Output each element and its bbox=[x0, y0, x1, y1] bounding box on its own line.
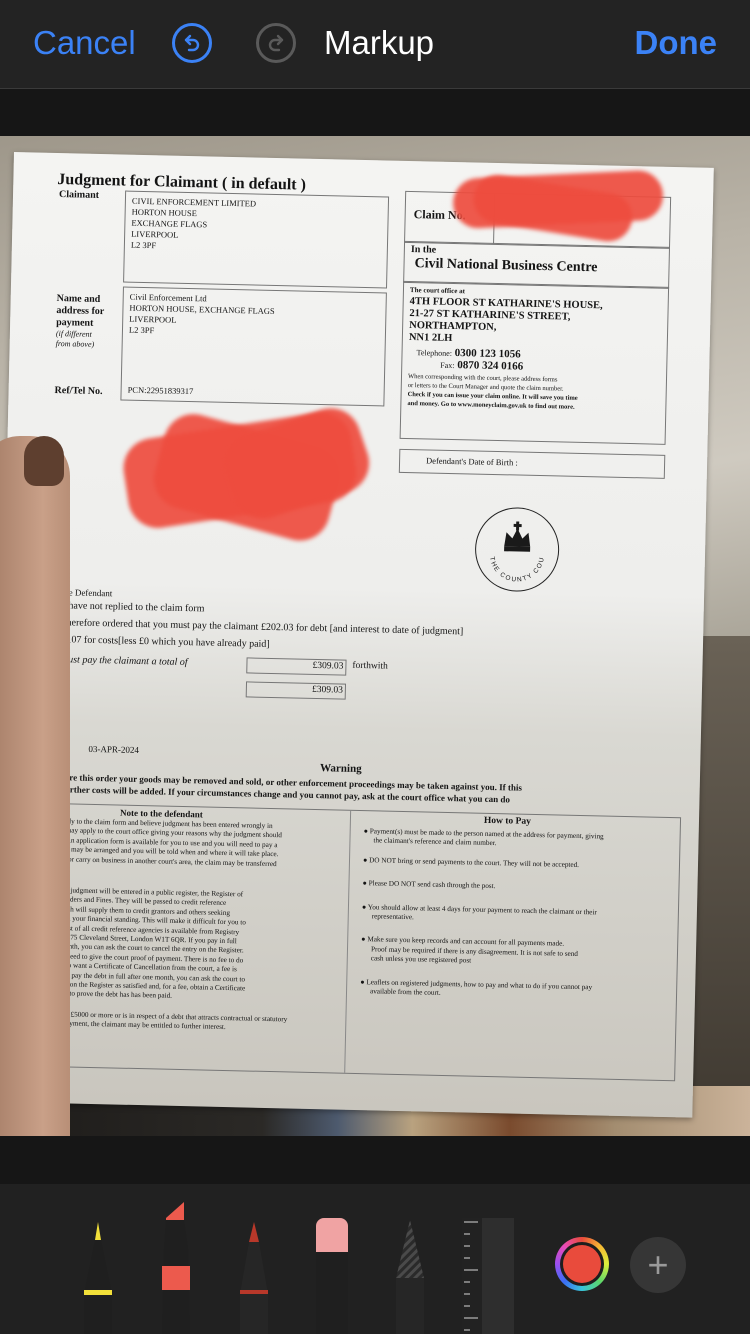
how-to-pay-item: ● Leaflets on registered judgments, how … bbox=[360, 978, 600, 1002]
fingernail bbox=[24, 436, 64, 486]
ordered-text: t is therefore ordered that you must pay… bbox=[49, 617, 463, 637]
second-amount-box: £309.03 bbox=[246, 681, 346, 699]
court-document: Judgment for Claimant ( in default ) Cla… bbox=[0, 152, 714, 1118]
redo-icon bbox=[265, 32, 287, 54]
payment-note-line: from above) bbox=[56, 339, 104, 350]
how-to-pay-item: ● You should allow at least 4 days for y… bbox=[362, 903, 602, 927]
how-to-pay-item: ● Please DO NOT send cash through the po… bbox=[362, 879, 602, 894]
red-markup-stroke[interactable] bbox=[217, 400, 377, 526]
selected-color-swatch bbox=[563, 1245, 601, 1283]
warning-text: If you ignore this order your goods may … bbox=[27, 770, 522, 805]
pencil-tool[interactable] bbox=[236, 1214, 272, 1334]
claimant-address: CIVIL ENFORCEMENT LIMITED HORTON HOUSE E… bbox=[131, 196, 256, 254]
crown-icon: THE COUNTY COURT bbox=[475, 508, 559, 592]
how-to-pay-item: ● DO NOT bring or send payments to the c… bbox=[363, 856, 603, 871]
markup-canvas[interactable]: Judgment for Claimant ( in default ) Cla… bbox=[0, 136, 750, 1136]
payment-line: L2 3PF bbox=[129, 325, 274, 339]
payment-address: Civil Enforcement Ltd HORTON HOUSE, EXCH… bbox=[129, 292, 275, 339]
add-annotation-button[interactable]: + bbox=[630, 1237, 686, 1293]
costs-text: nd £107 for costs[less £0 which you have… bbox=[49, 634, 270, 650]
how-to-pay-item: ● Make sure you keep records and can acc… bbox=[361, 936, 602, 970]
dated-value: 03-APR-2024 bbox=[88, 744, 139, 755]
redo-button[interactable] bbox=[256, 23, 296, 63]
markup-nav-bar: Cancel Markup Done bbox=[0, 0, 750, 89]
plus-icon: + bbox=[647, 1247, 668, 1283]
not-replied-text: You have not replied to the claim form bbox=[50, 600, 205, 615]
how-to-pay-list: ● Payment(s) must be made to the person … bbox=[360, 827, 604, 1002]
court-office-box: The court office at 4TH FLOOR ST KATHARI… bbox=[400, 281, 670, 445]
claimant-line: L2 3PF bbox=[131, 240, 255, 254]
undo-icon bbox=[181, 32, 203, 54]
ref-value: PCN:22951839317 bbox=[128, 385, 194, 397]
telephone-label: Telephone: bbox=[416, 348, 452, 358]
court-name: Civil National Business Centre bbox=[414, 256, 597, 276]
marker-tool[interactable] bbox=[158, 1198, 194, 1334]
eraser-tool[interactable] bbox=[314, 1214, 350, 1334]
total-amount-box: £309.03 bbox=[246, 657, 346, 675]
fax-value: 0870 324 0166 bbox=[457, 359, 523, 372]
corresponding-note: When corresponding with the court, pleas… bbox=[407, 372, 578, 412]
fax-row: Fax: 0870 324 0166 bbox=[440, 359, 523, 373]
total-amount: £309.03 bbox=[312, 661, 343, 672]
color-picker-button[interactable] bbox=[555, 1237, 609, 1291]
pen-tip-icon bbox=[95, 1222, 101, 1240]
payment-label-line: address for bbox=[56, 305, 104, 318]
how-to-pay-title: How to Pay bbox=[484, 816, 531, 827]
notes-box: Note to the defendant If you did reply t… bbox=[7, 802, 681, 1081]
cancel-button[interactable]: Cancel bbox=[33, 24, 136, 62]
second-amount: £309.03 bbox=[312, 685, 343, 696]
dob-box: Defendant's Date of Birth : bbox=[399, 449, 665, 479]
done-button[interactable]: Done bbox=[635, 24, 718, 62]
payment-box: Civil Enforcement Ltd HORTON HOUSE, EXCH… bbox=[120, 287, 387, 407]
pen-tool[interactable] bbox=[80, 1214, 116, 1334]
forthwith-text: forthwith bbox=[352, 661, 388, 672]
in-the-label: In the bbox=[411, 244, 437, 256]
how-to-pay-item: ● Payment(s) must be made to the person … bbox=[363, 827, 603, 851]
payment-label: Name and address for payment (if differe… bbox=[56, 293, 105, 350]
claimant-box: CIVIL ENFORCEMENT LIMITED HORTON HOUSE E… bbox=[123, 191, 389, 289]
county-court-seal: THE COUNTY COURT bbox=[474, 507, 560, 593]
markup-tool-palette: + bbox=[0, 1184, 750, 1334]
payment-label-line: Name and bbox=[57, 293, 105, 306]
holding-hand bbox=[0, 436, 70, 1136]
dob-label: Defendant's Date of Birth : bbox=[426, 455, 518, 467]
page-title: Markup bbox=[324, 24, 434, 62]
fax-label: Fax: bbox=[440, 361, 454, 370]
court-address: 4TH FLOOR ST KATHARINE'S HOUSE, 21-27 ST… bbox=[409, 296, 603, 348]
note-title: Note to the defendant bbox=[120, 808, 203, 820]
ref-label: Ref/Tel No. bbox=[54, 385, 102, 397]
payment-label-line: payment bbox=[56, 317, 104, 330]
warning-title: Warning bbox=[320, 762, 362, 775]
claimant-label: Claimant bbox=[59, 189, 99, 201]
ruler-tool[interactable] bbox=[462, 1214, 514, 1334]
court-office-label: The court office at bbox=[410, 286, 465, 295]
color-ring bbox=[560, 1242, 604, 1286]
lasso-tool[interactable] bbox=[392, 1214, 428, 1334]
undo-button[interactable] bbox=[172, 23, 212, 63]
